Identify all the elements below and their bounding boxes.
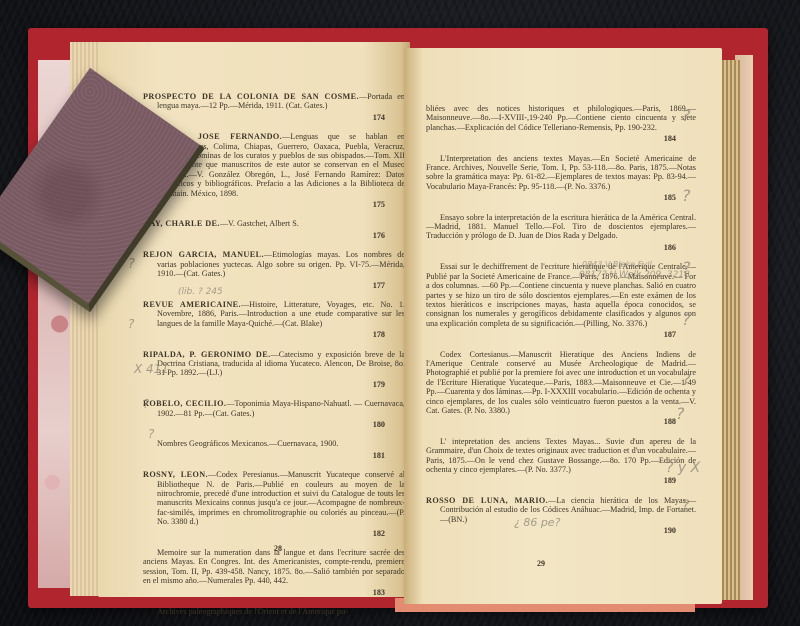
entry-number: 175: [143, 200, 405, 209]
pencil-note: (lib. ? 245: [178, 287, 223, 297]
entry-188: Codex Cortesianus.—Manuscrit Hieratique …: [426, 350, 696, 427]
entry-number: 181: [143, 451, 405, 460]
pencil-note: ?: [682, 370, 691, 389]
entry-177: REJON GARCIA, MANUEL.—Etimologías mayas.…: [143, 250, 405, 290]
entry-number: 190: [426, 526, 696, 535]
entry-number: 174: [143, 113, 405, 122]
page-number-left: 28: [274, 544, 282, 553]
entry-190: ROSSO DE LUNA, MARIO.—La ciencia hieráti…: [426, 496, 696, 536]
entry-number: 180: [143, 420, 405, 429]
pencil-note: ?: [676, 404, 685, 423]
pencil-note: ¿ 86 pe?: [514, 516, 560, 529]
entry-189: L' intepretation des anciens Textes Maya…: [426, 437, 696, 486]
entry-number: 186: [426, 243, 696, 252]
entry-174: PROSPECTO DE LA COLONIA DE SAN COSME.—Po…: [143, 92, 405, 122]
pencil-note: 0843 V Blake Eyll: [582, 260, 652, 269]
entry-181: Nombres Geográficos Mexicanos.—Cuernavac…: [143, 439, 405, 460]
entry-number: 187: [426, 330, 696, 339]
entry-186: Ensayo sobre la interpretación de la esc…: [426, 213, 696, 253]
pencil-note: ?: [682, 106, 691, 125]
entry-number: 183: [143, 588, 405, 597]
entry-184: bliées avec des notices historiques et p…: [426, 104, 696, 144]
pencil-note: ?: [128, 257, 135, 272]
entry-number: 176: [143, 231, 405, 240]
pencil-note: ?: [682, 498, 689, 514]
entry-number: 185: [426, 193, 696, 202]
page-number-right: 29: [537, 559, 545, 568]
entry-178: REVUE AMERICAINE.—Histoire, Litterature,…: [143, 300, 405, 340]
entry-number: 188: [426, 417, 696, 426]
entry-number: 182: [143, 529, 405, 538]
entry-176: RAY, CHARLE DE.—V. Gastchet, Albert S. 1…: [143, 219, 405, 240]
pencil-note: ?: [148, 427, 154, 441]
entry-179: RIPALDA, P. GERONIMO DE.—Catecismo y exp…: [143, 350, 405, 390]
pencil-note: X 411: [134, 362, 169, 376]
entry-number: 184: [426, 134, 696, 143]
entry-continued: Archives paleographiques de l'Orient et …: [143, 607, 405, 616]
right-page: bliées avec des notices historiques et p…: [404, 48, 722, 604]
pencil-note: ?: [682, 186, 691, 205]
right-page-text: bliées avec des notices historiques et p…: [426, 104, 696, 545]
entry-182: ROSNY, LEON.—Codex Peresianus.—Manuscrit…: [143, 470, 405, 538]
pencil-note: ?: [143, 397, 149, 411]
entry-180: ROBELO, CECILIO.—Toponimia Maya-Hispano-…: [143, 399, 405, 429]
entry-number: 189: [426, 476, 696, 485]
entry-number: 179: [143, 380, 405, 389]
entry-number: 178: [143, 330, 405, 339]
entry-183: Memoire sur la numeration dans la langue…: [143, 548, 405, 597]
pencil-note: 0817? U Welk 209. 3218: [579, 270, 690, 280]
pencil-note: ?: [682, 310, 691, 329]
entry-185: L'Interpretation des anciens textes Maya…: [426, 154, 696, 203]
pencil-note: ?: [128, 317, 134, 331]
pencil-note: ? y X: [666, 460, 700, 476]
